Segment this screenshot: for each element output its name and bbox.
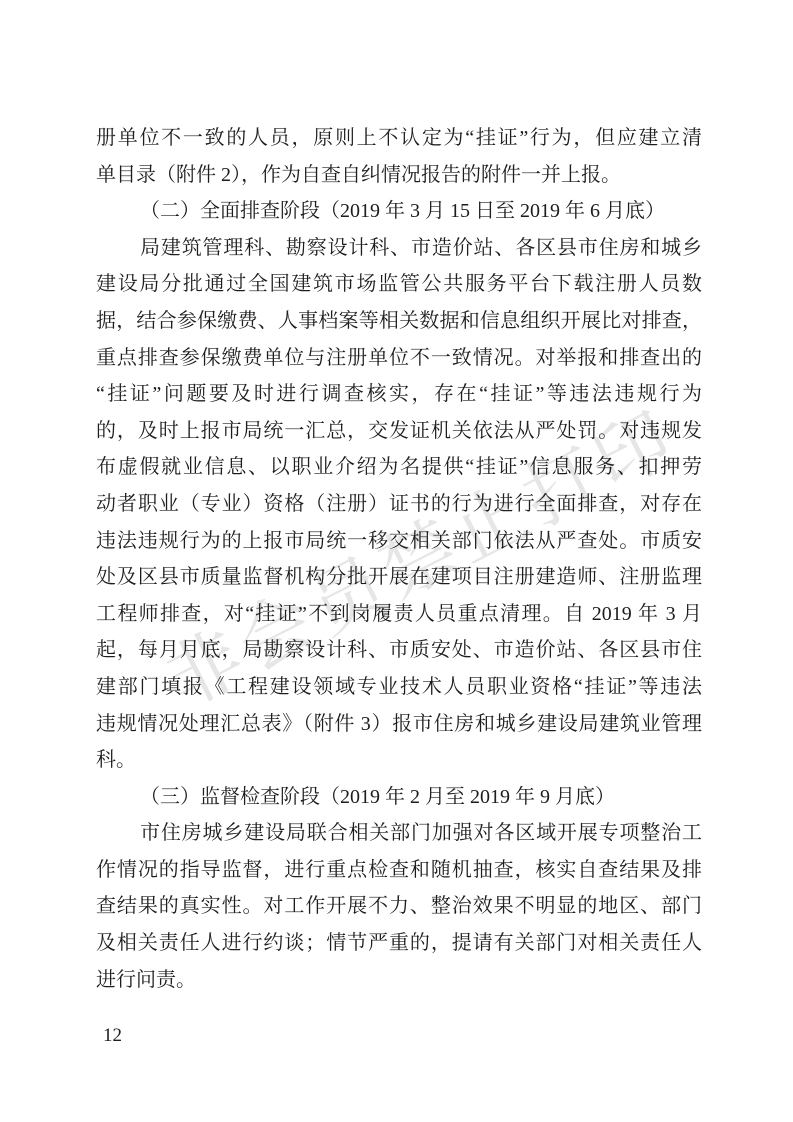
- text-line: 市住房城乡建设局联合相关部门加强对各区域开展专项整治工: [96, 815, 702, 852]
- text-line: “挂证”问题要及时进行调查核实，存在“挂证”等违法违规行为: [96, 376, 702, 413]
- text-line: 册单位不一致的人员，原则上不认定为“挂证”行为，但应建立清: [96, 120, 702, 157]
- text-line: 单目录（附件 2），作为自查自纠情况报告的附件一并上报。: [96, 157, 702, 194]
- text-line: 建部门填报《工程建设领域专业技术人员职业资格“挂证”等违法: [96, 669, 702, 706]
- text-line: 的，及时上报市局统一汇总，交发证机关依法从严处罚。对违规发: [96, 413, 702, 450]
- text-line: 处及区县市质量监督机构分批开展在建项目注册建造师、注册监理: [96, 559, 702, 596]
- text-line: 科。: [96, 742, 702, 779]
- text-line: 据，结合参保缴费、人事档案等相关数据和信息组织开展比对排查，: [96, 303, 702, 340]
- document-page: 非会员禁止打印 册单位不一致的人员，原则上不认定为“挂证”行为，但应建立清单目录…: [0, 0, 793, 1122]
- text-line: 工程师排查，对“挂证”不到岗履责人员重点清理。自 2019 年 3 月: [96, 596, 702, 633]
- text-body: 册单位不一致的人员，原则上不认定为“挂证”行为，但应建立清单目录（附件 2），作…: [96, 120, 702, 998]
- text-line: 建设局分批通过全国建筑市场监管公共服务平台下载注册人员数: [96, 266, 702, 303]
- section-heading: （二）全面排查阶段（2019 年 3 月 15 日至 2019 年 6 月底）: [96, 193, 702, 230]
- text-line: 违法违规行为的上报市局统一移交相关部门依法从严查处。市质安: [96, 523, 702, 560]
- text-line: 起，每月月底，局勘察设计科、市质安处、市造价站、各区县市住: [96, 632, 702, 669]
- text-line: 作情况的指导监督，进行重点检查和随机抽查，核实自查结果及排: [96, 852, 702, 889]
- text-line: 进行问责。: [96, 962, 702, 999]
- section-heading: （三）监督检查阶段（2019 年 2 月至 2019 年 9 月底）: [96, 779, 702, 816]
- page-number: 12: [103, 1022, 122, 1050]
- text-line: 动者职业（专业）资格（注册）证书的行为进行全面排查，对存在: [96, 486, 702, 523]
- text-line: 及相关责任人进行约谈；情节严重的，提请有关部门对相关责任人: [96, 925, 702, 962]
- text-line: 重点排查参保缴费单位与注册单位不一致情况。对举报和排查出的: [96, 340, 702, 377]
- text-line: 违规情况处理汇总表》（附件 3）报市住房和城乡建设局建筑业管理: [96, 706, 702, 743]
- text-line: 局建筑管理科、勘察设计科、市造价站、各区县市住房和城乡: [96, 230, 702, 267]
- text-line: 查结果的真实性。对工作开展不力、整治效果不明显的地区、部门: [96, 888, 702, 925]
- text-line: 布虚假就业信息、以职业介绍为名提供“挂证”信息服务、扣押劳: [96, 449, 702, 486]
